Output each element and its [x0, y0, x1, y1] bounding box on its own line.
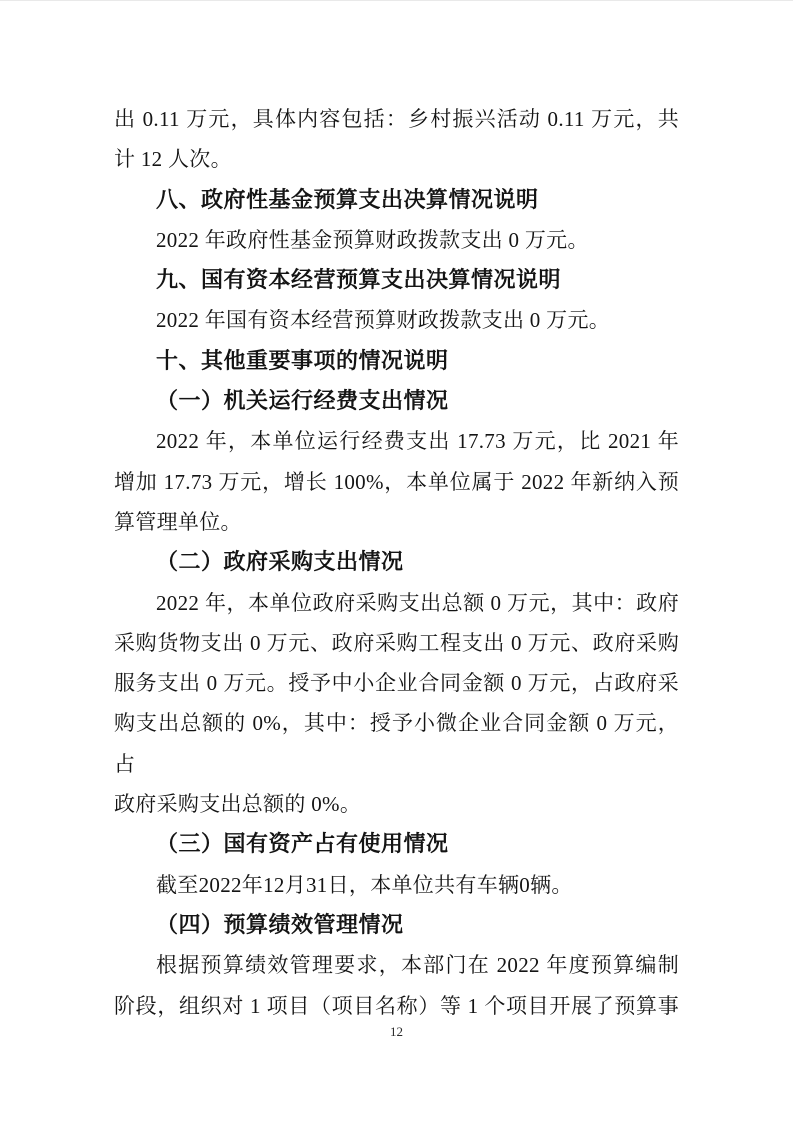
subsection-heading-1: （一）机关运行经费支出情况	[114, 381, 679, 421]
section-heading-10: 十、其他重要事项的情况说明	[114, 341, 679, 381]
paragraph-line: 采购货物支出 0 万元、政府采购工程支出 0 万元、政府采购	[114, 623, 679, 663]
document-viewport: { "page": { "number": "12", "text_color"…	[0, 0, 793, 1122]
paragraph-line: 出 0.11 万元，具体内容包括：乡村振兴活动 0.11 万元，共	[114, 99, 679, 139]
section-heading-9: 九、国有资本经营预算支出决算情况说明	[114, 260, 679, 300]
paragraph-line: 2022 年国有资本经营预算财政拨款支出 0 万元。	[114, 300, 679, 340]
document-page: 出 0.11 万元，具体内容包括：乡村振兴活动 0.11 万元，共 计 12 人…	[0, 0, 793, 1122]
paragraph-line: 截至2022年12月31日，本单位共有车辆0辆。	[114, 865, 679, 905]
subsection-heading-3: （三）国有资产占有使用情况	[114, 824, 679, 864]
paragraph-line: 根据预算绩效管理要求，本部门在 2022 年度预算编制	[114, 945, 679, 985]
paragraph-line: 2022 年，本单位运行经费支出 17.73 万元，比 2021 年	[114, 421, 679, 461]
page-number: 12	[0, 1023, 793, 1041]
paragraph-line: 算管理单位。	[114, 502, 679, 542]
paragraph-line: 阶段，组织对 1 项目（项目名称）等 1 个项目开展了预算事	[114, 986, 679, 1026]
section-heading-8: 八、政府性基金预算支出决算情况说明	[114, 180, 679, 220]
paragraph-line: 增加 17.73 万元，增长 100%，本单位属于 2022 年新纳入预	[114, 462, 679, 502]
subsection-heading-2: （二）政府采购支出情况	[114, 542, 679, 582]
paragraph-line: 购支出总额的 0%，其中：授予小微企业合同金额 0 万元，占	[114, 703, 679, 784]
paragraph-line: 服务支出 0 万元。授予中小企业合同金额 0 万元，占政府采	[114, 663, 679, 703]
subsection-heading-4: （四）预算绩效管理情况	[114, 905, 679, 945]
paragraph-line: 2022 年政府性基金预算财政拨款支出 0 万元。	[114, 220, 679, 260]
paragraph-line: 2022 年，本单位政府采购支出总额 0 万元，其中：政府	[114, 583, 679, 623]
paragraph-line: 计 12 人次。	[114, 139, 679, 179]
paragraph-line: 政府采购支出总额的 0%。	[114, 784, 679, 824]
document-body: 出 0.11 万元，具体内容包括：乡村振兴活动 0.11 万元，共 计 12 人…	[114, 99, 679, 1026]
